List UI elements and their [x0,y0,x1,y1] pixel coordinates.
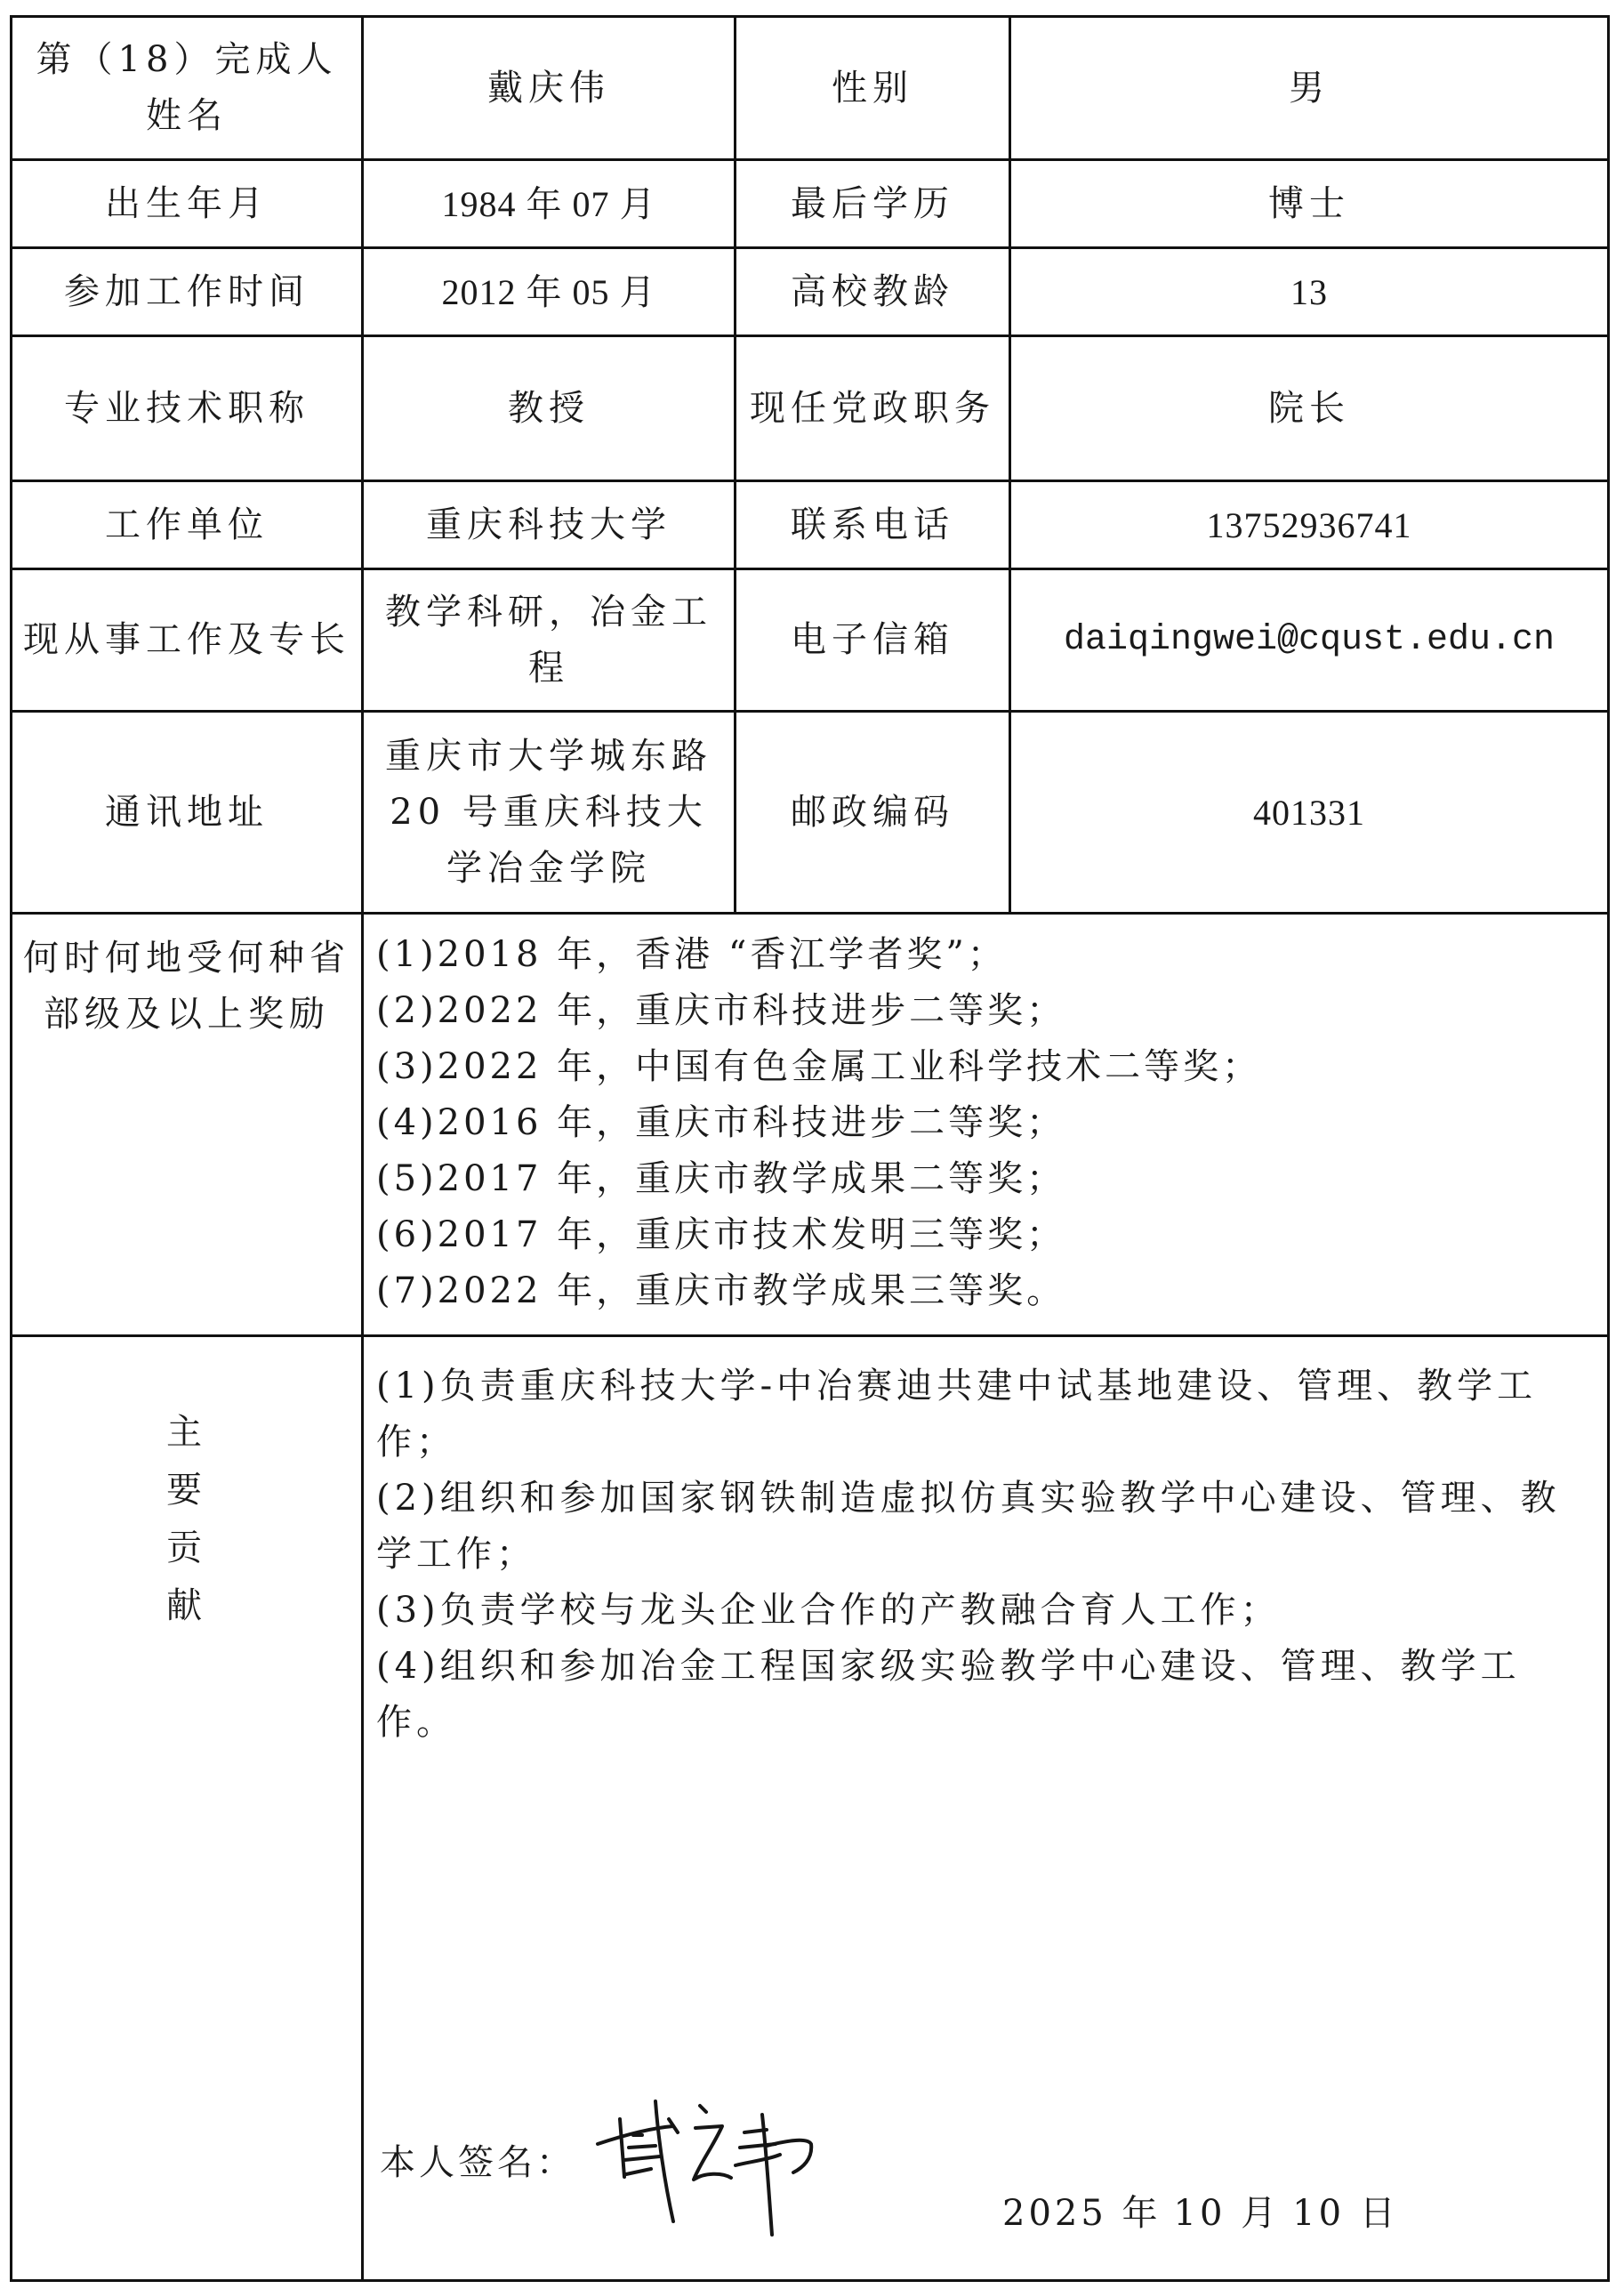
contributions-label-vertical: 主 要 贡 献 [12,1337,361,2279]
award-item: (6)2017 年，重庆市技术发明三等奖； [376,1207,1589,1263]
contributions-label-char: 要 [166,1462,207,1519]
position-value: 院长 [1010,336,1609,481]
education-value: 博士 [1010,160,1609,248]
specialty-value: 教学科研，冶金工程 [363,569,736,712]
contribution-item: (1)负责重庆科技大学-中冶赛迪共建中试基地建设、管理、教学工作； [376,1358,1589,1471]
row-address: 通讯地址 重庆市大学城东路 20 号重庆科技大学冶金学院 邮政编码 401331 [12,712,1609,914]
title-value: 教授 [363,336,736,481]
work-start-value: 2012 年 05 月 [363,248,736,336]
signature-date-month: 10 月 [1174,2193,1281,2234]
employer-value: 重庆科技大学 [363,481,736,569]
signature-date-year: 2025 年 [1002,2193,1162,2234]
birth-value: 1984 年 07 月 [363,160,736,248]
contribution-item: (2)组织和参加国家钢铁制造虚拟仿真实验教学中心建设、管理、教学工作； [376,1471,1589,1583]
name-label: 第（18）完成人姓名 [12,17,363,160]
phone-label: 联系电话 [736,481,1010,569]
award-item: (1)2018 年，香港 “香江学者奖”； [376,927,1589,983]
signature-label: 本人签名： [380,2135,575,2191]
signature-date-day: 10 日 [1292,2193,1399,2234]
signature-date: 2025 年10 月10 日 [1002,2186,1411,2242]
signature-block: 本人签名： [380,2092,1589,2279]
awards-cell: (1)2018 年，香港 “香江学者奖”； (2)2022 年，重庆市科技进步二… [363,914,1609,1336]
phone-value: 13752936741 [1010,481,1609,569]
gender-value: 男 [1010,17,1609,160]
contributions-label: 主 要 贡 献 [12,1336,363,2281]
birth-label: 出生年月 [12,160,363,248]
awards-list: (1)2018 年，香港 “香江学者奖”； (2)2022 年，重庆市科技进步二… [376,915,1589,1319]
contributions-label-char: 贡 [166,1519,207,1577]
award-item: (4)2016 年，重庆市科技进步二等奖； [376,1095,1589,1151]
row-awards: 何时何地受何种省部级及以上奖励 (1)2018 年，香港 “香江学者奖”； (2… [12,914,1609,1336]
award-item: (5)2017 年，重庆市教学成果二等奖； [376,1151,1589,1207]
row-specialty: 现从事工作及专长 教学科研，冶金工程 电子信箱 daiqingwei@cqust… [12,569,1609,712]
education-label: 最后学历 [736,160,1010,248]
address-label: 通讯地址 [12,712,363,914]
awards-label: 何时何地受何种省部级及以上奖励 [12,914,363,1336]
employer-label: 工作单位 [12,481,363,569]
work-start-label: 参加工作时间 [12,248,363,336]
row-birth: 出生年月 1984 年 07 月 最后学历 博士 [12,160,1609,248]
row-work-start: 参加工作时间 2012 年 05 月 高校教龄 13 [12,248,1609,336]
title-label: 专业技术职称 [12,336,363,481]
contributions-list: (1)负责重庆科技大学-中冶赛迪共建中试基地建设、管理、教学工作； (2)组织和… [376,1337,1589,1751]
award-item: (7)2022 年，重庆市教学成果三等奖。 [376,1263,1589,1319]
contributions-cell: (1)负责重庆科技大学-中冶赛迪共建中试基地建设、管理、教学工作； (2)组织和… [363,1336,1609,2281]
handwritten-signature-icon [589,2092,820,2244]
specialty-label: 现从事工作及专长 [12,569,363,712]
teaching-years-value: 13 [1010,248,1609,336]
award-item: (2)2022 年，重庆市科技进步二等奖； [376,983,1589,1039]
nominee-info-form: 第（18）完成人姓名 戴庆伟 性别 男 出生年月 1984 年 07 月 最后学… [10,15,1607,2279]
row-title: 专业技术职称 教授 现任党政职务 院长 [12,336,1609,481]
email-label: 电子信箱 [736,569,1010,712]
row-contributions: 主 要 贡 献 (1)负责重庆科技大学-中冶赛迪共建中试基地建设、管理、教学工作… [12,1336,1609,2281]
postal-label: 邮政编码 [736,712,1010,914]
row-name: 第（18）完成人姓名 戴庆伟 性别 男 [12,17,1609,160]
name-value: 戴庆伟 [363,17,736,160]
contribution-item: (4)组织和参加冶金工程国家级实验教学中心建设、管理、教学工作。 [376,1639,1589,1751]
row-employer: 工作单位 重庆科技大学 联系电话 13752936741 [12,481,1609,569]
info-table: 第（18）完成人姓名 戴庆伟 性别 男 出生年月 1984 年 07 月 最后学… [10,15,1610,2282]
address-value: 重庆市大学城东路 20 号重庆科技大学冶金学院 [363,712,736,914]
position-label: 现任党政职务 [736,336,1010,481]
postal-value: 401331 [1010,712,1609,914]
gender-label: 性别 [736,17,1010,160]
contributions-label-char: 主 [166,1404,207,1462]
teaching-years-label: 高校教龄 [736,248,1010,336]
contributions-label-char: 献 [166,1577,207,1635]
contribution-item: (3)负责学校与龙头企业合作的产教融合育人工作； [376,1583,1589,1639]
email-value: daiqingwei@cqust.edu.cn [1010,569,1609,712]
award-item: (3)2022 年，中国有色金属工业科学技术二等奖； [376,1039,1589,1095]
